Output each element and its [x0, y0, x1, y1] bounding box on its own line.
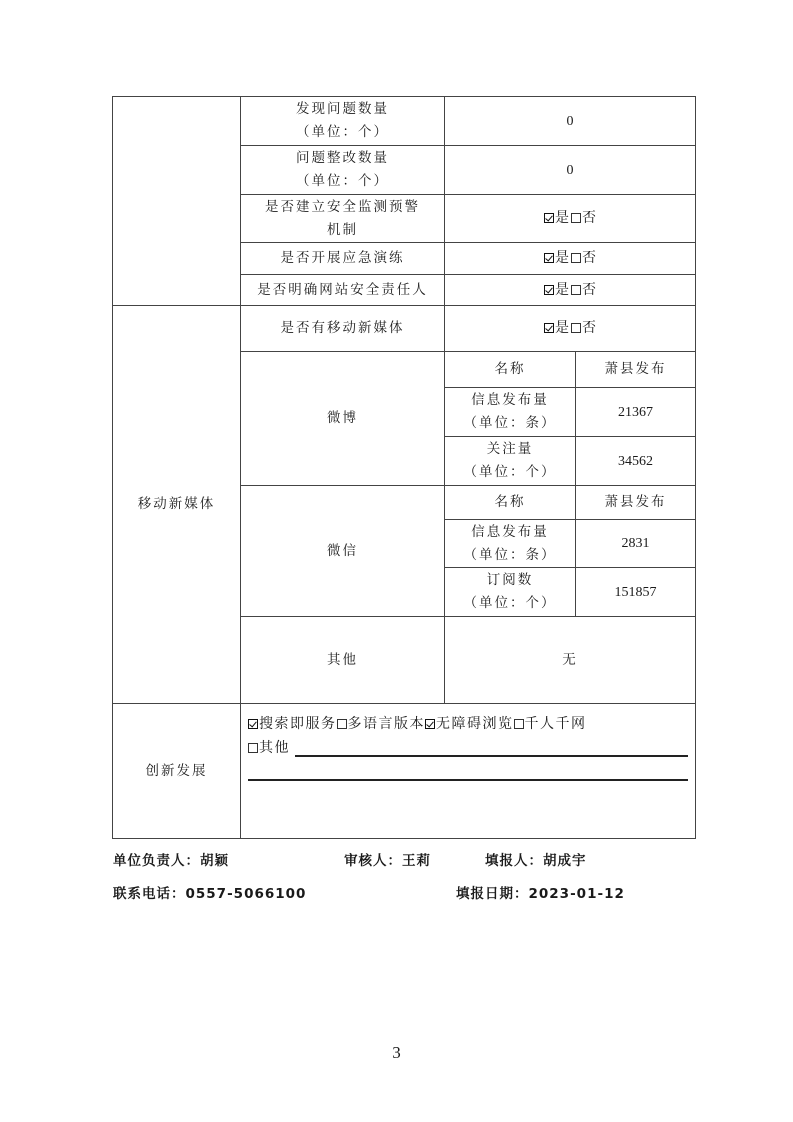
unit-label: （单位：个）	[296, 170, 389, 193]
label-weibo: 微博	[241, 352, 444, 485]
value-problems-found: 0	[445, 97, 695, 145]
no-label: 否	[582, 282, 596, 298]
label-line: 是否开展应急演练	[281, 247, 405, 270]
yes-label: 是	[555, 282, 569, 298]
no-checkbox[interactable]	[571, 213, 581, 223]
unit-label: （单位：个）	[296, 121, 389, 144]
unit-label: （单位：条）	[464, 412, 557, 435]
label-line: 信息发布量	[471, 389, 549, 412]
personalized-checkbox[interactable]	[514, 719, 524, 729]
label-problems-fixed: 问题整改数量 （单位：个）	[241, 146, 444, 194]
unit-label: （单位：条）	[464, 544, 557, 567]
other-input-underline-2[interactable]	[248, 779, 688, 781]
unit-label: （单位：个）	[464, 592, 557, 615]
label-problems-found: 发现问题数量 （单位：个）	[241, 97, 444, 145]
option-label: 其他	[259, 740, 290, 756]
other-input-underline[interactable]	[295, 755, 688, 757]
no-checkbox[interactable]	[571, 285, 581, 295]
option-label: 千人千网	[525, 716, 587, 732]
section-label-mobile-media: 移动新媒体	[113, 306, 240, 703]
wechat-posts-label: 信息发布量 （单位：条）	[445, 520, 575, 567]
weibo-name-label: 名称	[445, 352, 575, 387]
innovation-options-line2: 其他	[248, 738, 290, 758]
wechat-posts-value: 2831	[576, 520, 695, 567]
label-other-media: 其他	[241, 617, 444, 703]
value-problems-fixed: 0	[445, 146, 695, 194]
section-label-innovation: 创新发展	[113, 704, 240, 838]
yes-no-monitoring: 是否	[445, 195, 695, 242]
weibo-posts-value: 21367	[576, 388, 695, 436]
no-label: 否	[582, 210, 596, 226]
no-label: 否	[582, 250, 596, 266]
yes-checkbox[interactable]	[544, 213, 554, 223]
value-other-media: 无	[445, 617, 695, 703]
option-label: 搜索即服务	[259, 716, 337, 732]
fill-date: 填报日期：2023-01-12	[456, 882, 625, 902]
innovation-options-line1: 搜索即服务多语言版本无障碍浏览千人千网	[248, 714, 587, 734]
yes-checkbox[interactable]	[544, 285, 554, 295]
wechat-subs-label: 订阅数 （单位：个）	[445, 568, 575, 616]
label-has-mobile-media: 是否有移动新媒体	[241, 306, 444, 351]
yes-no-has-mobile-media: 是否	[445, 306, 695, 351]
yes-no-emergency-drill: 是否	[445, 243, 695, 274]
weibo-followers-value: 34562	[576, 437, 695, 485]
label-line: 是否明确网站安全责任人	[257, 279, 428, 302]
label-line: 机制	[327, 219, 358, 242]
label-line: 订阅数	[487, 569, 534, 592]
yes-label: 是	[555, 320, 569, 336]
wechat-name-value: 萧县发布	[576, 486, 695, 519]
page-number: 3	[0, 1043, 793, 1063]
accessibility-checkbox[interactable]	[425, 719, 435, 729]
contact-phone: 联系电话：0557-5066100	[113, 882, 306, 902]
no-label: 否	[582, 320, 596, 336]
yes-label: 是	[555, 210, 569, 226]
label-wechat: 微信	[241, 486, 444, 616]
no-checkbox[interactable]	[571, 323, 581, 333]
search-service-checkbox[interactable]	[248, 719, 258, 729]
no-checkbox[interactable]	[571, 253, 581, 263]
wechat-name-label: 名称	[445, 486, 575, 519]
wechat-subs-value: 151857	[576, 568, 695, 616]
weibo-name-value: 萧县发布	[576, 352, 695, 387]
reviewer: 审核人：王莉	[344, 849, 431, 869]
option-label: 无障碍浏览	[436, 716, 514, 732]
unit-label: （单位：个）	[464, 461, 557, 484]
filler: 填报人：胡成宇	[485, 849, 587, 869]
yes-label: 是	[555, 250, 569, 266]
multilingual-checkbox[interactable]	[337, 719, 347, 729]
yes-checkbox[interactable]	[544, 253, 554, 263]
label-emergency-drill: 是否开展应急演练	[241, 243, 444, 274]
label-monitoring-mechanism: 是否建立安全监测预警 机制	[241, 195, 444, 242]
yes-no-security-owner: 是否	[445, 275, 695, 305]
label-security-owner: 是否明确网站安全责任人	[241, 275, 444, 305]
label-line: 发现问题数量	[296, 98, 389, 121]
label-line: 问题整改数量	[296, 147, 389, 170]
yes-checkbox[interactable]	[544, 323, 554, 333]
label-line: 信息发布量	[471, 521, 549, 544]
weibo-followers-label: 关注量 （单位：个）	[445, 437, 575, 485]
label-line: 关注量	[487, 438, 534, 461]
weibo-posts-label: 信息发布量 （单位：条）	[445, 388, 575, 436]
option-label: 多语言版本	[348, 716, 426, 732]
label-line: 是否建立安全监测预警	[265, 196, 420, 219]
unit-head: 单位负责人：胡颖	[113, 849, 229, 869]
other-checkbox[interactable]	[248, 743, 258, 753]
